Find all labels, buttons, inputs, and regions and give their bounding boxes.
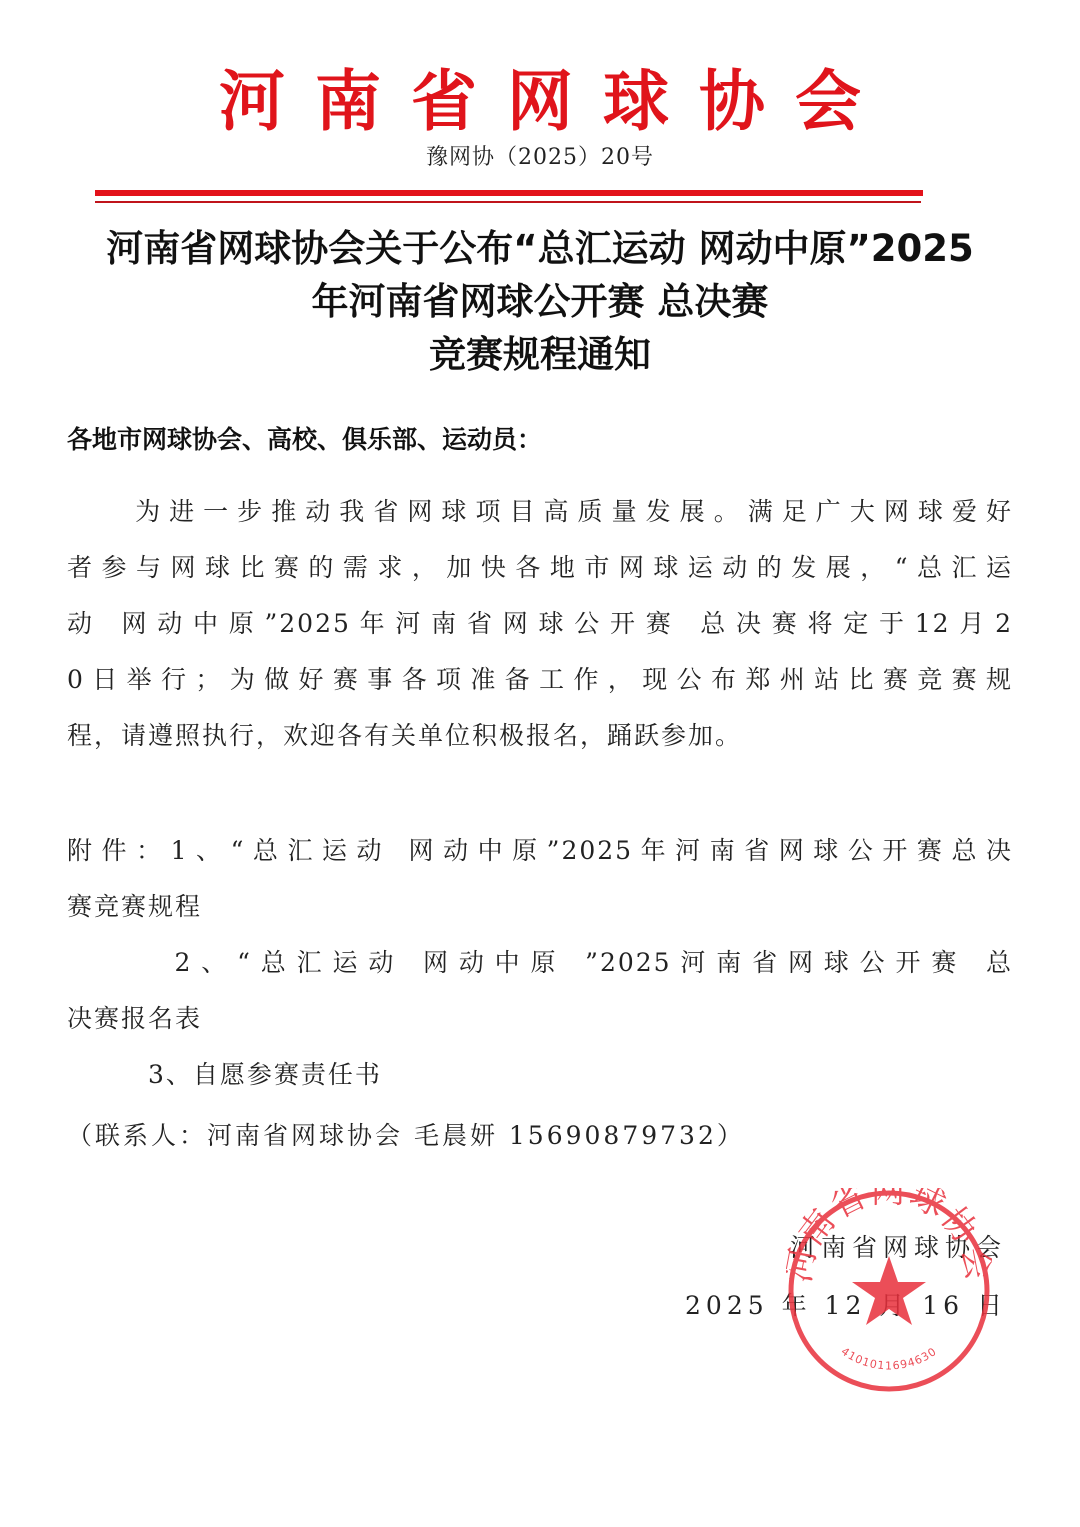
title-line: 河南省网球协会关于公布“总汇运动 网动中原”2025 xyxy=(60,222,1020,275)
contact-info: （联系人：河南省网球协会 毛晨妍 15690879732） xyxy=(67,1116,745,1152)
doc-number: 豫网协（2025）20号 xyxy=(0,140,1080,171)
title-line: 年河南省网球公开赛 总决赛 xyxy=(60,275,1020,328)
attachment-line: 决赛报名表 xyxy=(67,991,1013,1047)
body-line: 动 网动中原”2025年河南省网球公开赛 总决赛将定于12月2 xyxy=(67,596,1013,652)
signature-org: 河南省网球协会 xyxy=(790,1228,1007,1264)
body-line: 者参与网球比赛的需求，加快各地市网球运动的发展，“总汇运 xyxy=(67,540,1013,596)
body-line: 程，请遵照执行，欢迎各有关单位积极报名，踊跃参加。 xyxy=(67,708,1013,764)
seal-number: 4101011694630 xyxy=(839,1345,940,1373)
attachment-line: 附件：1、“总汇运动 网动中原”2025年河南省网球公开赛总决 xyxy=(67,823,1013,879)
signature-date: 2025 年 12 月 16 日 xyxy=(685,1286,1007,1322)
header-rule-thick xyxy=(95,190,923,196)
title-line: 竞赛规程通知 xyxy=(60,328,1020,381)
attachment-line: 3、自愿参赛责任书 xyxy=(67,1047,1013,1103)
org-title: 河南省网球协会 xyxy=(0,62,1080,142)
attachment-line: 2、“总汇运动 网动中原 ”2025河南省网球公开赛 总 xyxy=(67,935,1013,991)
body-line: 0日举行；为做好赛事各项准备工作，现公布郑州站比赛竞赛规 xyxy=(67,652,1013,708)
body-line: 为进一步推动我省网球项目高质量发展。满足广大网球爱好 xyxy=(67,484,1013,540)
attachments: 附件：1、“总汇运动 网动中原”2025年河南省网球公开赛总决 赛竞赛规程 2、… xyxy=(67,823,1013,1103)
svg-text:4101011694630: 4101011694630 xyxy=(839,1345,940,1373)
document-title: 河南省网球协会关于公布“总汇运动 网动中原”2025 年河南省网球公开赛 总决赛… xyxy=(60,222,1020,381)
body-paragraph: 为进一步推动我省网球项目高质量发展。满足广大网球爱好 者参与网球比赛的需求，加快… xyxy=(67,484,1013,764)
salutation: 各地市网球协会、高校、俱乐部、运动员： xyxy=(67,420,542,456)
header-rule-thin xyxy=(95,201,921,203)
attachment-line: 赛竞赛规程 xyxy=(67,879,1013,935)
